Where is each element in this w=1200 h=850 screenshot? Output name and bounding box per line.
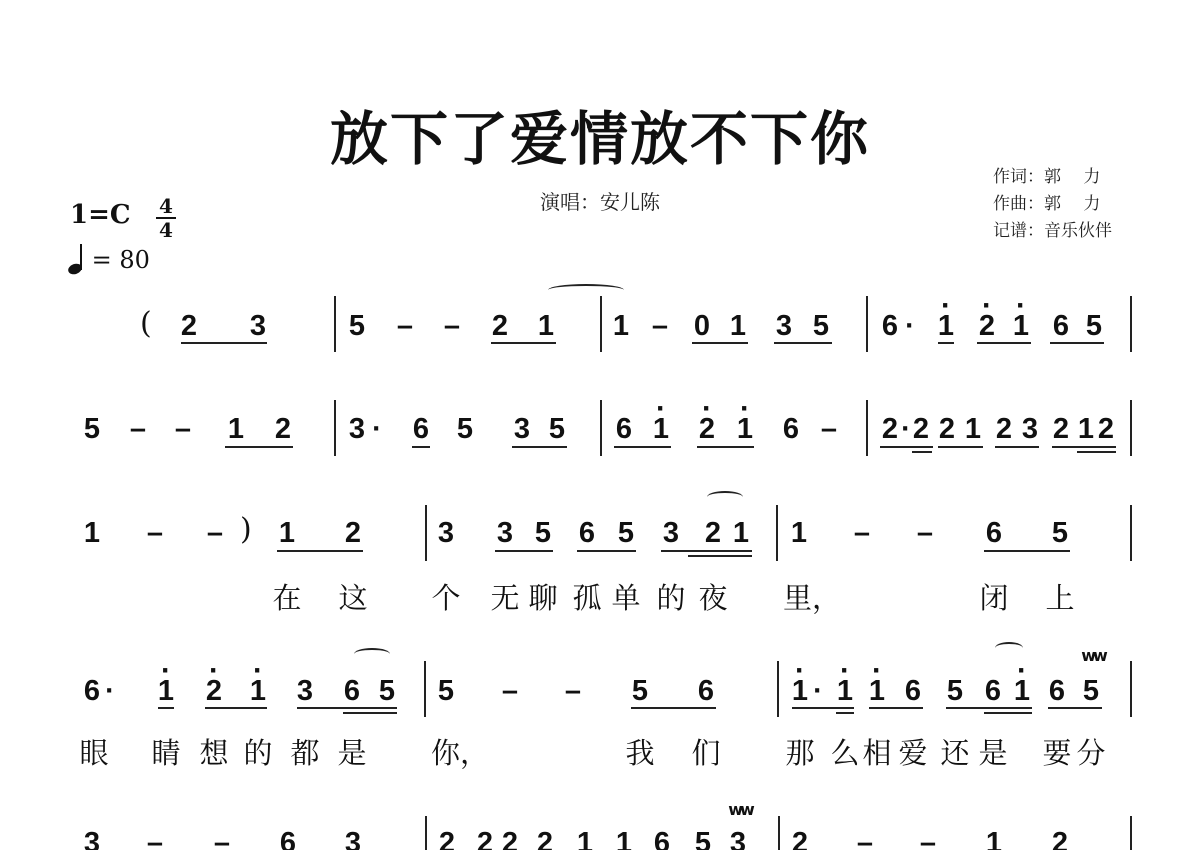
note: 5 — [632, 676, 648, 706]
note-high: 1 — [837, 676, 853, 706]
underline — [661, 550, 752, 552]
underline — [577, 550, 636, 552]
augmentation-dot: · — [905, 311, 915, 341]
dash: – — [565, 676, 581, 706]
mordent-icon: ww — [1081, 646, 1105, 665]
lyric-char: 相 — [862, 738, 891, 768]
note: 2 — [913, 414, 929, 444]
underline — [1052, 446, 1116, 448]
time-signature-bottom: 4 — [159, 218, 173, 242]
mordent-icon: ww — [728, 800, 752, 819]
lyric-char: 是 — [978, 738, 1007, 768]
tempo-marking: = 80 — [68, 244, 150, 274]
lyric-char: 的 — [243, 738, 272, 768]
underline — [1048, 707, 1102, 709]
underline — [977, 342, 1031, 344]
note: 5 — [695, 828, 711, 850]
note: 2 — [996, 414, 1012, 444]
note: 2 — [1053, 414, 1069, 444]
lyric-char: 爱 — [898, 738, 927, 768]
lyric-char: 要 — [1042, 738, 1071, 768]
note-high: 1 — [250, 676, 266, 706]
note: 5 — [438, 676, 454, 706]
lyric-char: 闭 — [979, 583, 1008, 613]
underline — [692, 342, 748, 344]
underline-double — [912, 451, 932, 453]
lyric-char: 无 — [490, 583, 519, 613]
lyric-char: 是 — [337, 738, 366, 768]
underline — [869, 707, 923, 709]
underline — [277, 550, 363, 552]
note: 3 — [1022, 414, 1038, 444]
underline — [491, 342, 556, 344]
note: 6 — [579, 518, 595, 548]
note: 1 — [986, 828, 1002, 850]
note: 2 — [882, 414, 898, 444]
note: 6 — [1049, 676, 1065, 706]
underline — [158, 707, 174, 709]
barline — [334, 296, 336, 352]
note: 1 — [730, 311, 746, 341]
note: 6 — [986, 518, 1002, 548]
note: 5 — [1052, 518, 1068, 548]
lyric-char: 们 — [691, 738, 720, 768]
note: 6 — [985, 676, 1001, 706]
barline — [1130, 400, 1132, 456]
barline — [600, 296, 602, 352]
barline — [777, 661, 779, 717]
barline — [600, 400, 602, 456]
note-high: 1 — [158, 676, 174, 706]
underline — [697, 446, 754, 448]
note: 3 — [497, 518, 513, 548]
dash: – — [917, 518, 933, 548]
key-signature: 1=C — [70, 200, 131, 230]
note: 2 — [1098, 414, 1114, 444]
tempo-value: = 80 — [92, 246, 150, 274]
barline — [425, 816, 427, 850]
close-paren: ) — [240, 512, 252, 547]
lyric-char: 我 — [625, 738, 654, 768]
underline — [995, 446, 1039, 448]
dash: – — [214, 828, 230, 850]
barline — [778, 816, 780, 850]
note-high: 1 — [653, 414, 669, 444]
note: 2 — [1052, 828, 1068, 850]
lyric-char: 孤 — [572, 583, 601, 613]
note: 5 — [349, 311, 365, 341]
note: 1 — [577, 828, 593, 850]
note-high: 1 — [792, 676, 808, 706]
note: 5 — [84, 414, 100, 444]
note: 6 — [654, 828, 670, 850]
credits-block: 作词：郭 力 作曲：郭 力 记谱：音乐伙伴 — [993, 164, 1112, 245]
note: 6 — [905, 676, 921, 706]
note: 1 — [616, 828, 632, 850]
underline — [946, 707, 1032, 709]
note: 6 — [882, 311, 898, 341]
barline — [1130, 661, 1132, 717]
note: 3 — [297, 676, 313, 706]
barline — [1130, 296, 1132, 352]
barline — [1130, 505, 1132, 561]
slur — [354, 648, 390, 660]
dash: – — [821, 414, 837, 444]
note: 2 — [275, 414, 291, 444]
underline-double — [1077, 451, 1116, 453]
lyric-char: 的 — [656, 583, 685, 613]
note: 1 — [228, 414, 244, 444]
note: 2 — [705, 518, 721, 548]
dash: – — [857, 828, 873, 850]
note: 6 — [783, 414, 799, 444]
lyric-char: 还 — [940, 738, 969, 768]
note-high: 2 — [699, 414, 715, 444]
dash: – — [652, 311, 668, 341]
underline — [512, 446, 567, 448]
dash: – — [444, 311, 460, 341]
underline-double — [343, 712, 397, 714]
note: 6 — [280, 828, 296, 850]
note: 3 — [438, 518, 454, 548]
underline — [631, 707, 716, 709]
note: 2 — [492, 311, 508, 341]
dash: – — [854, 518, 870, 548]
note: 2 — [502, 828, 518, 850]
dash: – — [502, 676, 518, 706]
lyric-char: 分 — [1076, 738, 1105, 768]
note-high: 1 — [737, 414, 753, 444]
barline — [424, 661, 426, 717]
underline — [495, 550, 553, 552]
lyric-char: 这 — [338, 583, 367, 613]
dash: – — [397, 311, 413, 341]
lyric-char: 想 — [199, 738, 228, 768]
note-high: 2 — [979, 311, 995, 341]
time-signature: 4 4 — [156, 196, 176, 240]
note: 3 — [776, 311, 792, 341]
note: 6 — [698, 676, 714, 706]
note: 5 — [1086, 311, 1102, 341]
underline — [880, 446, 933, 448]
note: 2 — [792, 828, 808, 850]
underline — [938, 446, 983, 448]
dash: – — [175, 414, 191, 444]
lyric-char: 睛 — [151, 738, 180, 768]
note: 1 — [613, 311, 629, 341]
composer-credit: 作曲：郭 力 — [993, 191, 1112, 218]
lyric-char: 都 — [290, 738, 319, 768]
time-signature-top: 4 — [159, 194, 173, 218]
quarter-note-icon — [68, 244, 84, 274]
dash: – — [207, 518, 223, 548]
note: 1 — [538, 311, 554, 341]
note: 2 — [537, 828, 553, 850]
note: 2 — [939, 414, 955, 444]
lyric-char: 聊 — [528, 583, 557, 613]
note-high: 1 — [938, 311, 954, 341]
note: 6 — [344, 676, 360, 706]
lyric-char: 单 — [611, 583, 640, 613]
slur — [707, 491, 743, 503]
note: 5 — [549, 414, 565, 444]
underline — [774, 342, 832, 344]
note-high: 1 — [1013, 311, 1029, 341]
barline — [1130, 816, 1132, 850]
note: 1 — [279, 518, 295, 548]
augmentation-dot: · — [813, 676, 823, 706]
note: 5 — [947, 676, 963, 706]
note: 6 — [84, 676, 100, 706]
note: 2 — [477, 828, 493, 850]
dash: – — [920, 828, 936, 850]
lyric-char: 上 — [1045, 583, 1074, 613]
underline — [938, 342, 954, 344]
barline — [776, 505, 778, 561]
note: 3 — [250, 311, 266, 341]
slur — [548, 284, 624, 296]
underline-double — [984, 712, 1032, 714]
lyric-char: 在 — [272, 583, 301, 613]
lyric-char: 那 — [785, 738, 814, 768]
note: 5 — [618, 518, 634, 548]
note-high: 1 — [869, 676, 885, 706]
lyric-char: 眼 — [79, 738, 108, 768]
dash: – — [130, 414, 146, 444]
note: 0 — [694, 311, 710, 341]
barline — [866, 400, 868, 456]
lyric-char: 里， — [783, 583, 841, 613]
note: 5 — [457, 414, 473, 444]
underline — [792, 707, 854, 709]
note-high: 1 — [1014, 676, 1030, 706]
note: 3 — [730, 828, 746, 850]
note: 5 — [379, 676, 395, 706]
note: 5 — [813, 311, 829, 341]
note: 6 — [413, 414, 429, 444]
note: 3 — [84, 828, 100, 850]
slur — [995, 642, 1023, 654]
note: 3 — [349, 414, 365, 444]
underline — [297, 707, 397, 709]
lyric-char: 你， — [431, 738, 489, 768]
augmentation-dot: · — [901, 414, 911, 444]
barline — [866, 296, 868, 352]
open-paren: ( — [140, 306, 152, 341]
barline — [425, 505, 427, 561]
note: 1 — [791, 518, 807, 548]
lyric-char: 夜 — [698, 583, 727, 613]
lyricist-credit: 作词：郭 力 — [993, 164, 1112, 191]
underline — [412, 446, 430, 448]
underline-double — [688, 555, 752, 557]
transcriber-credit: 记谱：音乐伙伴 — [993, 218, 1112, 245]
augmentation-dot: · — [105, 676, 115, 706]
dash: – — [147, 828, 163, 850]
note: 5 — [535, 518, 551, 548]
note: 1 — [1078, 414, 1094, 444]
underline — [181, 342, 267, 344]
lyric-char: 个 — [431, 583, 460, 613]
note: 6 — [616, 414, 632, 444]
note: 6 — [1053, 311, 1069, 341]
underline — [1050, 342, 1104, 344]
note: 3 — [663, 518, 679, 548]
underline-double — [836, 712, 854, 714]
note: 3 — [514, 414, 530, 444]
note: 2 — [439, 828, 455, 850]
note: 2 — [345, 518, 361, 548]
note: 1 — [84, 518, 100, 548]
barline — [334, 400, 336, 456]
note: 2 — [181, 311, 197, 341]
augmentation-dot: · — [372, 414, 382, 444]
note: 5 — [1083, 676, 1099, 706]
note-high: 2 — [206, 676, 222, 706]
note: 1 — [733, 518, 749, 548]
note: 3 — [345, 828, 361, 850]
underline — [614, 446, 671, 448]
underline — [225, 446, 293, 448]
underline — [984, 550, 1070, 552]
note: 1 — [965, 414, 981, 444]
lyric-char: 么 — [830, 738, 859, 768]
dash: – — [147, 518, 163, 548]
underline — [205, 707, 267, 709]
